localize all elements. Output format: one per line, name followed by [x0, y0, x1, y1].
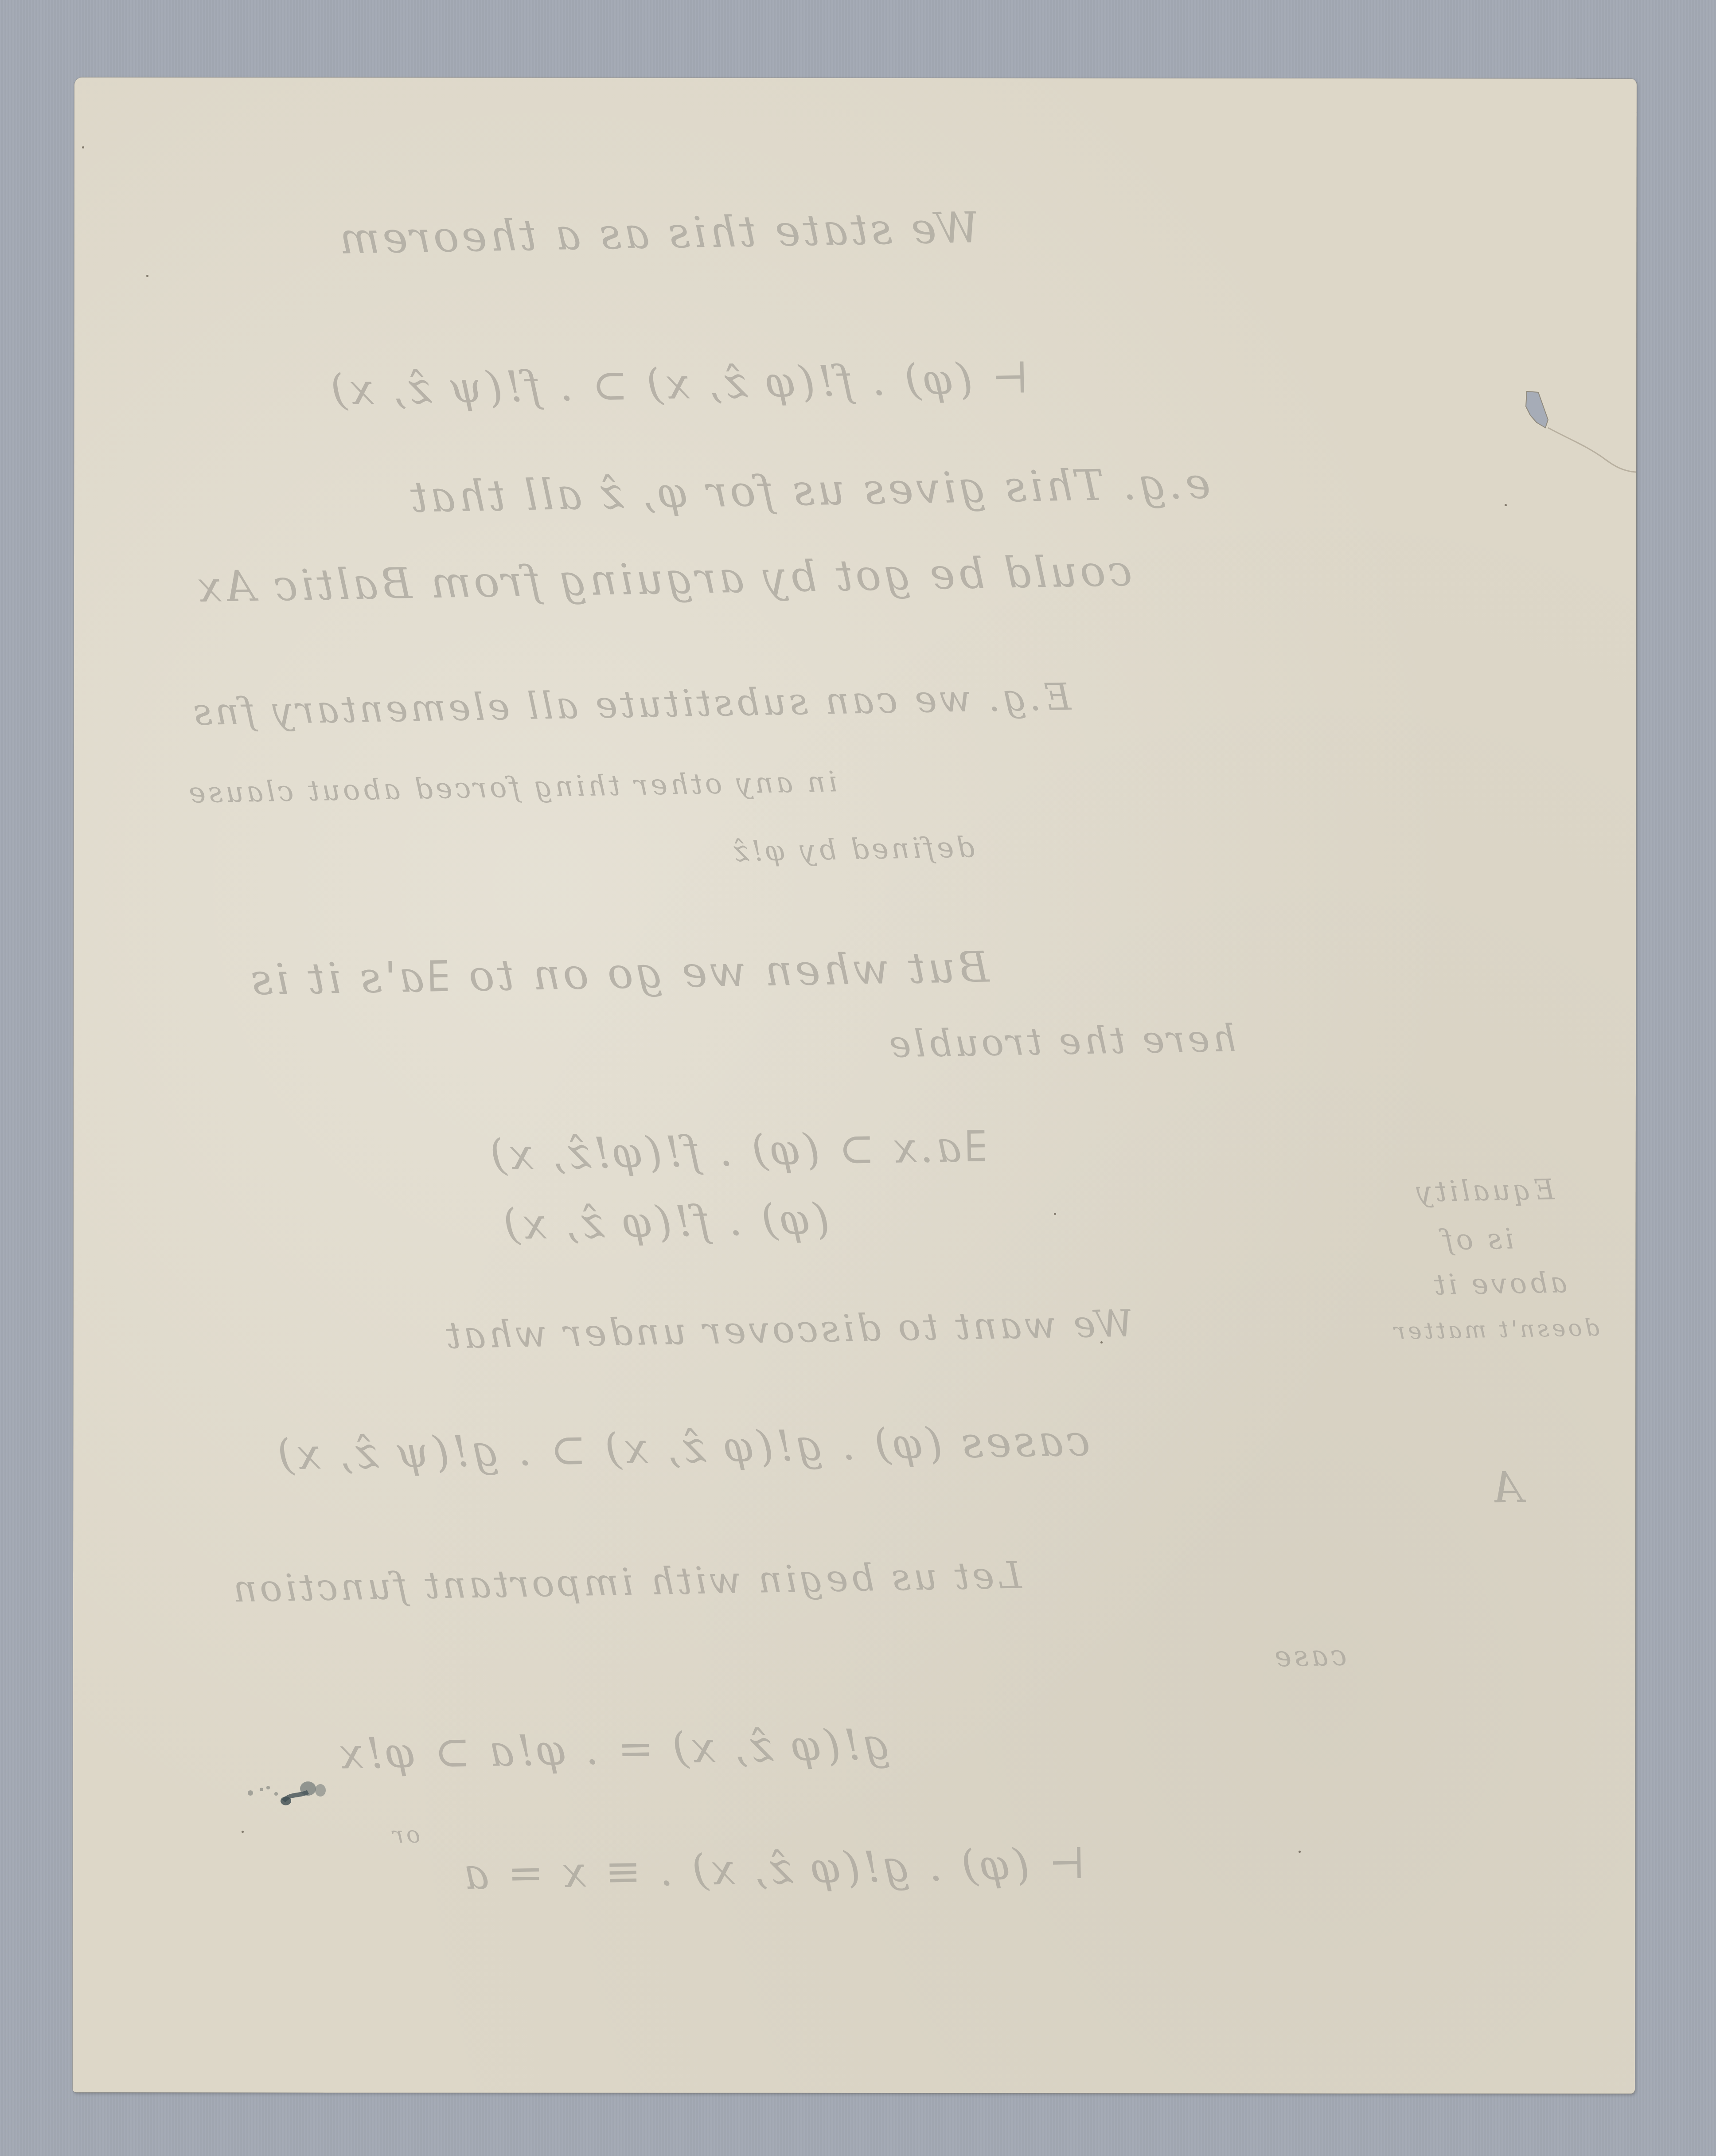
dust-speck	[1505, 504, 1507, 506]
bleed-line-13b: A	[1489, 1462, 1523, 1512]
margin-note-3: above it	[1431, 1266, 1567, 1301]
bleed-line-11: (φ) . f!(φ ẑ, x)	[500, 1194, 830, 1250]
bleed-line-7: defined by φ!ẑ	[731, 831, 975, 868]
bleed-line-9: here the trouble	[886, 1016, 1236, 1066]
dust-speck	[1054, 1213, 1056, 1215]
margin-note-4: doesn't matter	[1392, 1315, 1600, 1345]
bleed-line-16: g!(φ ẑ, x) = . φ!a ⊃ φ!x	[336, 1719, 891, 1779]
bleed-line-10: ∃a.x ⊃ (φ) . f!(φ!ẑ, x)	[487, 1121, 987, 1180]
margin-note-2: is of	[1440, 1223, 1514, 1257]
ink-smudge-icon	[242, 1775, 330, 1815]
dust-speck	[82, 146, 84, 148]
bleed-line-15: case	[1271, 1640, 1347, 1674]
bleed-line-17: or	[390, 1821, 420, 1848]
margin-note-1: Equality	[1413, 1173, 1555, 1209]
dust-speck	[1100, 1341, 1103, 1344]
dust-speck	[146, 275, 148, 277]
dust-speck	[242, 1831, 244, 1833]
dust-speck	[1299, 1851, 1301, 1853]
